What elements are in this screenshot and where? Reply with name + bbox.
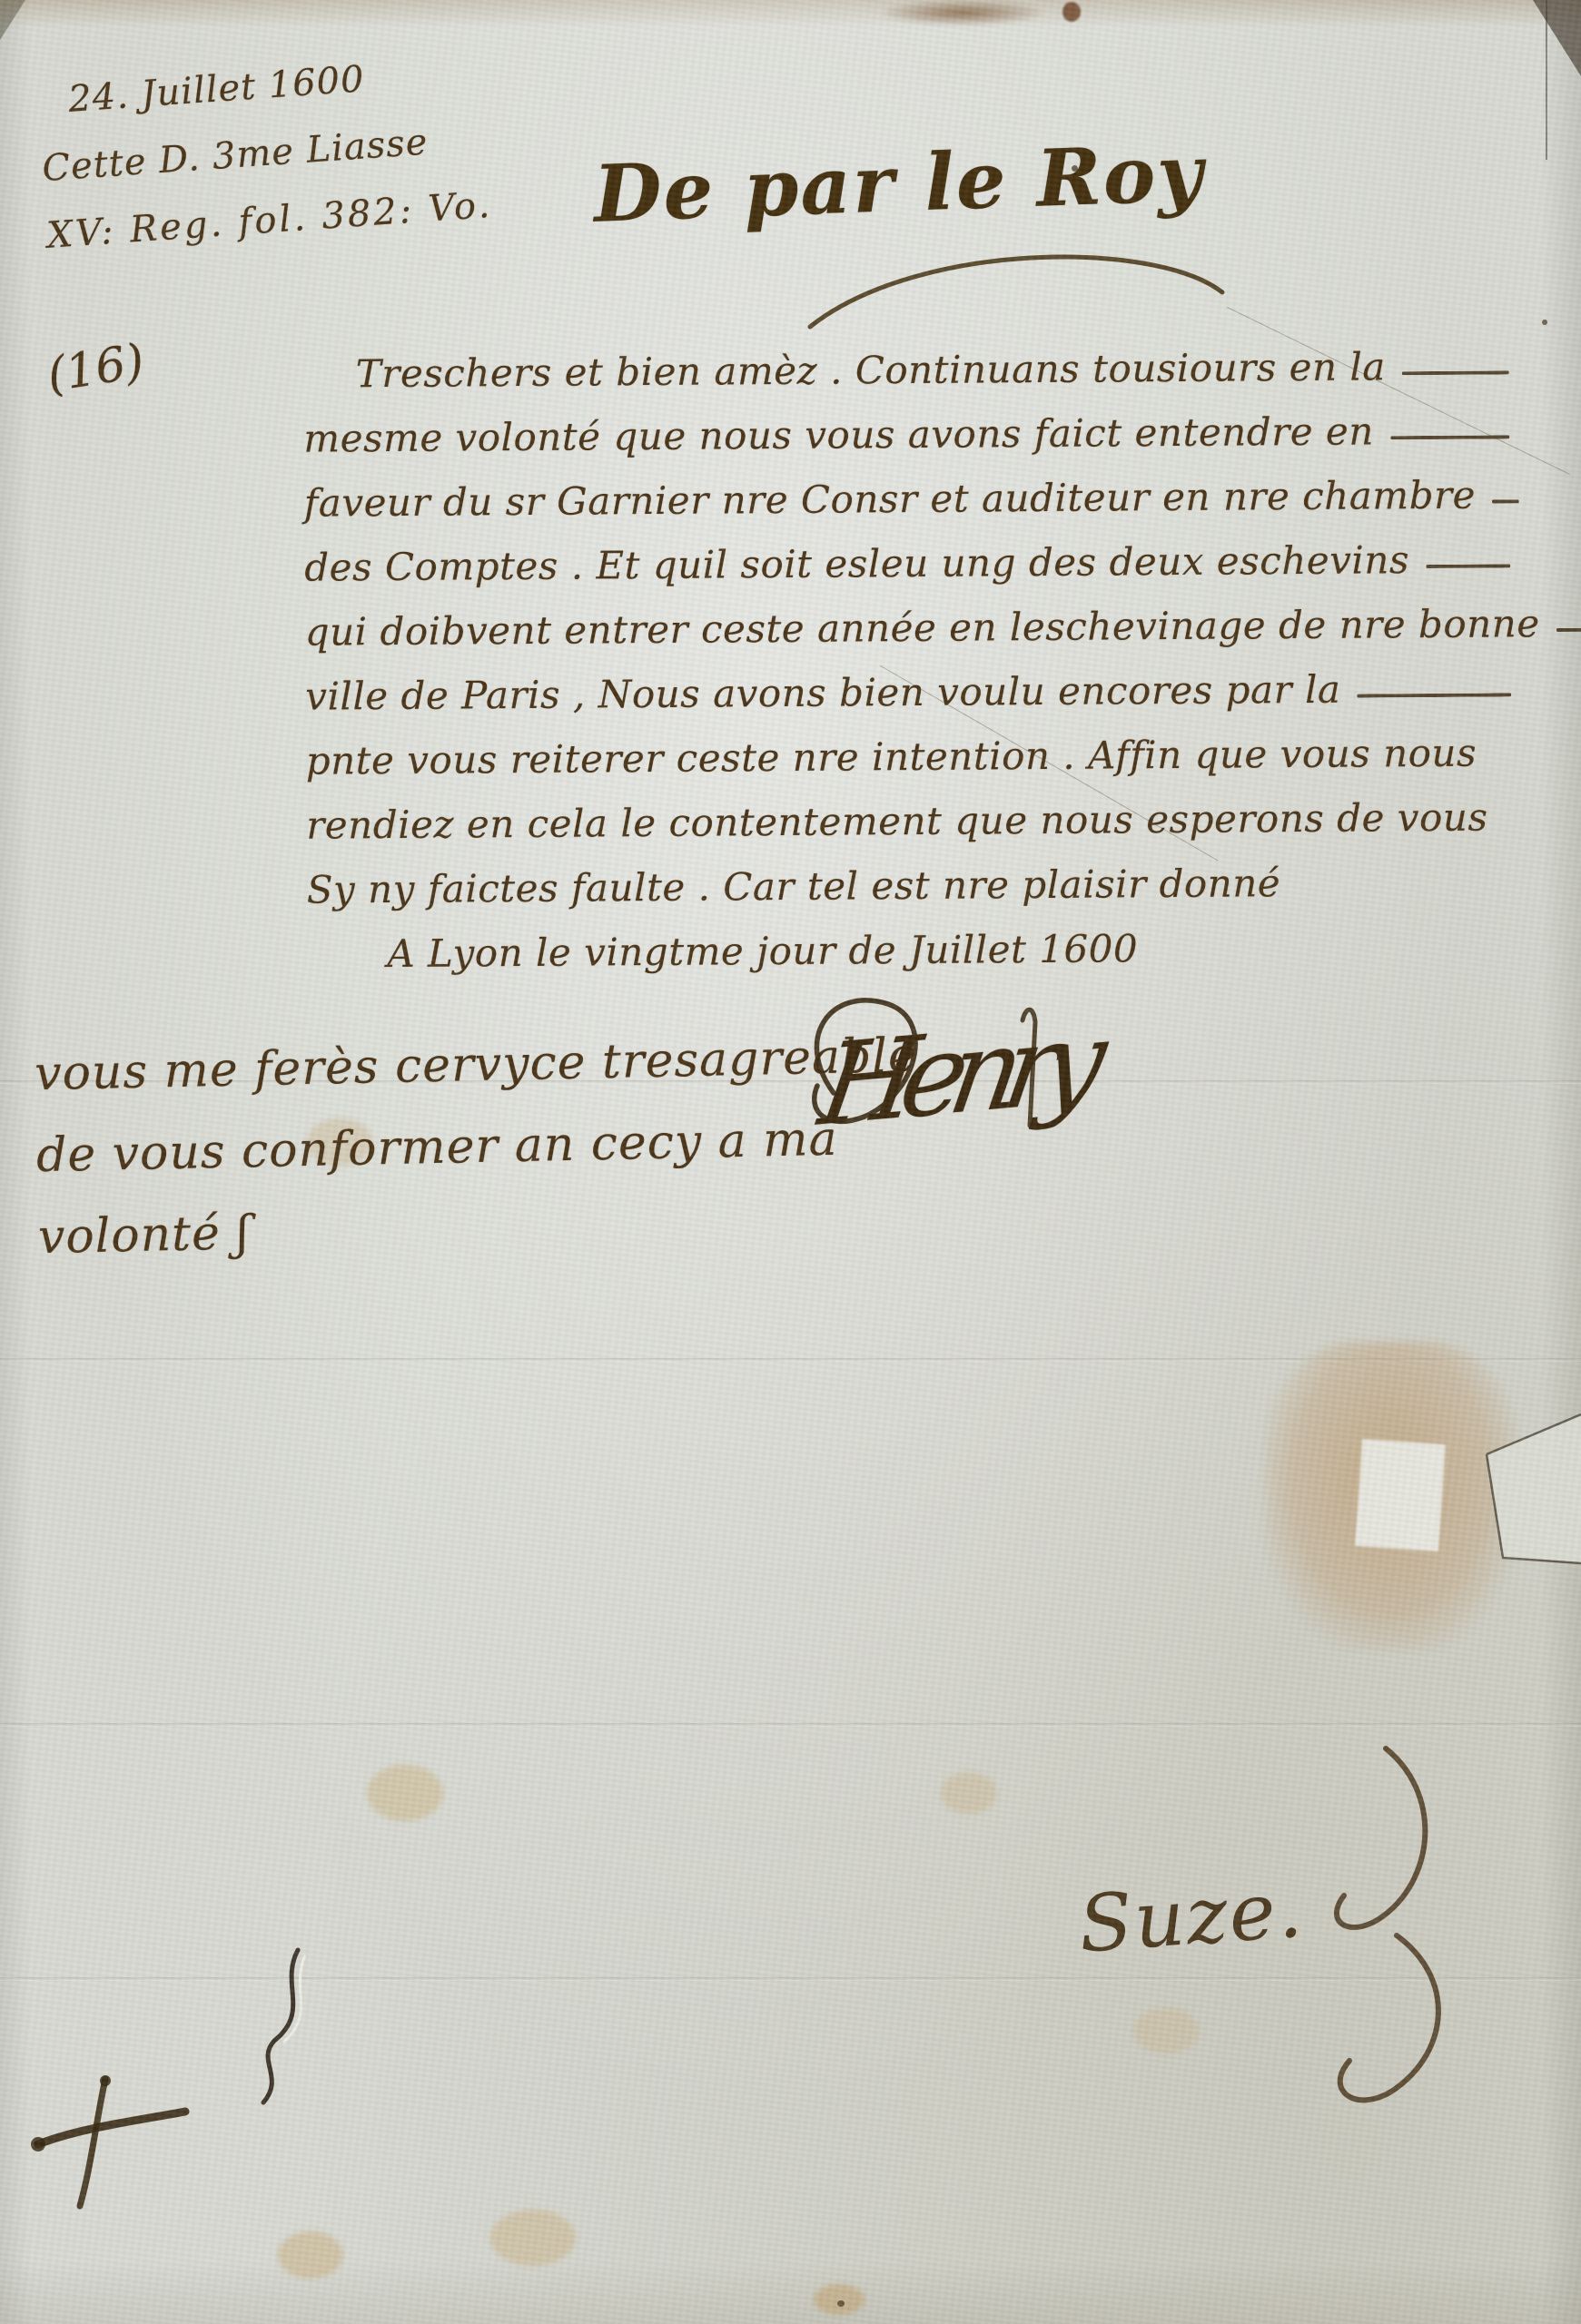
body-line: qui doibvent entrer ceste année en lesch… [305, 591, 1515, 664]
body-line-text: faveur du sr Garnier nre Consr et audite… [304, 473, 1476, 526]
body-line-text: rendiez en cela le contentement que nous… [306, 795, 1487, 848]
paper-stain [814, 2284, 865, 2315]
paper-stain [278, 2231, 343, 2279]
top-edge-stain-dot [1062, 2, 1081, 22]
paper-stain [367, 1765, 443, 1821]
body-line: rendiez en cela le contentement que nous… [306, 784, 1516, 857]
body-line: des Comptes . Et quil soit esleu ung des… [304, 527, 1514, 599]
letter-body: Treschers et bien amèz . Continuans tous… [303, 333, 1517, 986]
body-line: Treschers et bien amèz . Continuans tous… [303, 333, 1513, 406]
body-line-text: mesme volonté que nous vous avons faict … [303, 409, 1374, 460]
postscript-line: volonté ʃ [37, 1178, 921, 1278]
body-line: faveur du sr Garnier nre Consr et audite… [304, 462, 1514, 535]
fold-crease [0, 1723, 1581, 1727]
top-left-corner-mark [0, 0, 25, 40]
body-line-text: Sy ny faictes faulte . Car tel est nre p… [307, 861, 1281, 911]
body-line-text: Treschers et bien amèz . Continuans tous… [356, 344, 1386, 396]
right-edge-paper-fold [1471, 1398, 1581, 1589]
paper-stain [941, 1772, 997, 1814]
king-signature: Henry [812, 997, 1099, 1151]
body-line-text: ville de Paris , Nous avons bien voulu e… [305, 667, 1341, 719]
archival-date-note: 24. Juillet 1600 Cette D. 3me Liasse XV:… [35, 37, 495, 270]
top-edge-ink-smudge [883, 0, 1042, 25]
item-number-annotation: (16) [44, 334, 148, 403]
right-edge-fold-line [1546, 0, 1547, 160]
top-right-corner-shadow [1533, 0, 1581, 76]
ink-cross-mark [25, 2068, 225, 2222]
ink-speck [837, 2300, 845, 2307]
manuscript-letter-page: 24. Juillet 1600 Cette D. 3me Liasse XV:… [0, 0, 1581, 2324]
heading-de-par-le-roy: De par le Roy [543, 125, 1254, 241]
body-line: ville de Paris , Nous avons bien voulu e… [305, 655, 1515, 728]
body-line-text: A Lyon le vingtme jour de Juillet 1600 [387, 926, 1138, 976]
body-line-text: qui doibvent entrer ceste année en lesch… [305, 601, 1540, 654]
body-line-text: des Comptes . Et quil soit esleu ung des… [304, 537, 1409, 589]
secretary-paraph-flourish [1270, 1741, 1497, 2141]
paper-stain [1133, 2008, 1199, 2053]
stain-inner-light-patch [1355, 1439, 1446, 1551]
body-line: pnte vous reiterer ceste nre intention .… [306, 720, 1516, 793]
heading-flourish [799, 229, 1235, 347]
body-line: mesme volonté que nous vous avons faict … [303, 398, 1513, 470]
ink-speck [1542, 320, 1547, 325]
paper-stain [490, 2210, 576, 2266]
body-line-text: pnte vous reiterer ceste nre intention .… [306, 731, 1477, 783]
body-line: Sy ny faictes faulte . Car tel est nre p… [307, 849, 1517, 921]
